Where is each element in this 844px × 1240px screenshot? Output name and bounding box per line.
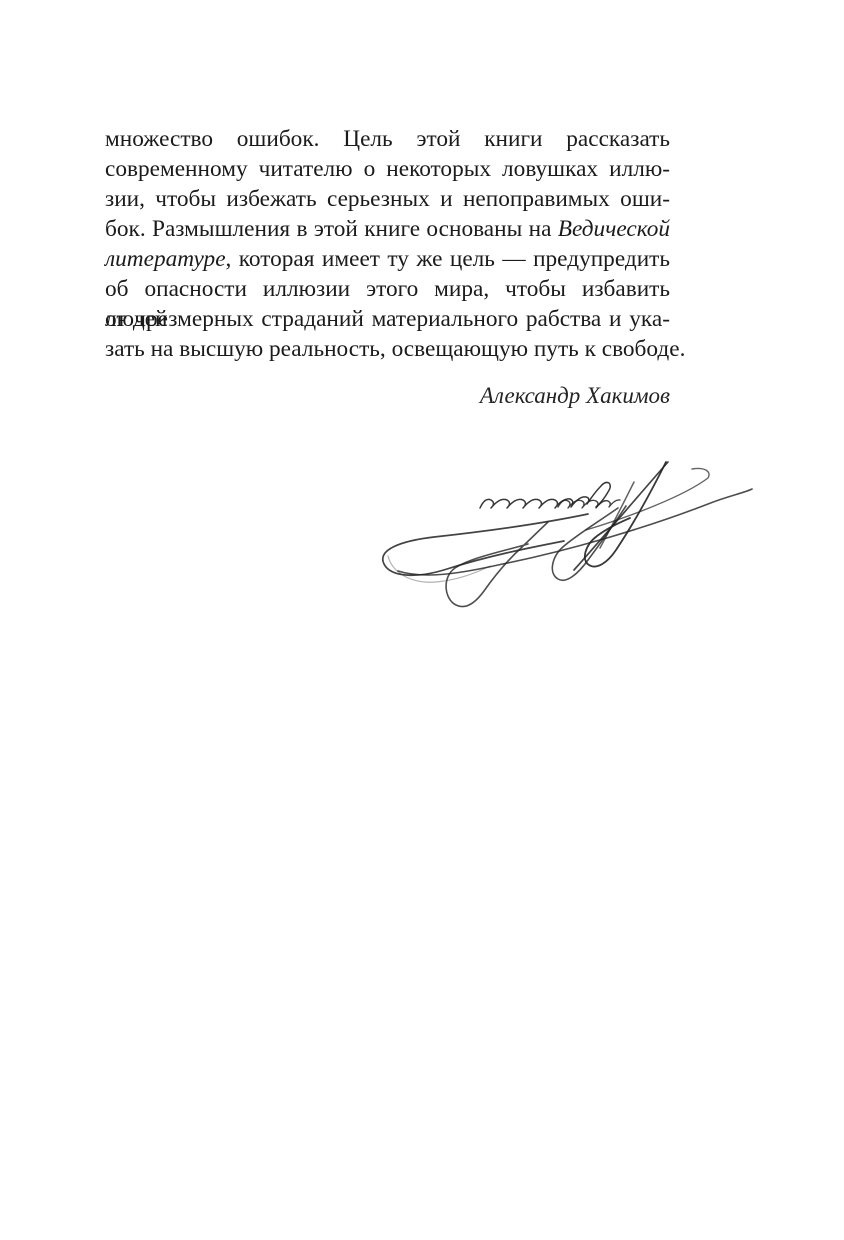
text-segment: множество ошибок. Цель этой книги расска…: [105, 126, 670, 152]
text-segment: зать на высшую реальность, освещающую пу…: [105, 336, 685, 362]
paragraph-line: зать на высшую реальность, освещающую пу…: [105, 334, 670, 364]
author-attribution: Александр Хакимов: [105, 381, 670, 411]
book-page: множество ошибок. Цель этой книги расска…: [0, 0, 844, 1240]
text-segment: бок. Размышления в этой книге основаны н…: [105, 216, 558, 242]
paragraph-line: бок. Размышления в этой книге основаны н…: [105, 214, 670, 244]
paragraph-line: современному читателю о некоторых ловушк…: [105, 154, 670, 184]
italic-text-segment: Ведической: [558, 216, 670, 242]
handwritten-signature-icon: [378, 452, 758, 617]
text-segment: от чрезмерных страданий материального ра…: [105, 306, 670, 332]
paragraph-line: литературе, которая имеет ту же цель — п…: [105, 244, 670, 274]
body-paragraph: множество ошибок. Цель этой книги расска…: [105, 124, 670, 364]
text-segment: современному читателю о некоторых ловушк…: [105, 156, 670, 182]
paragraph-line: зии, чтобы избежать серьезных и непоправ…: [105, 184, 670, 214]
text-segment: , которая имеет ту же цель — предупредит…: [226, 246, 670, 272]
paragraph-line: множество ошибок. Цель этой книги расска…: [105, 124, 670, 154]
italic-text-segment: литературе: [105, 246, 226, 272]
text-segment: зии, чтобы избежать серьезных и непоправ…: [105, 186, 670, 212]
paragraph-line: об опасности иллюзии этого мира, чтобы и…: [105, 274, 670, 304]
paragraph-line: от чрезмерных страданий материального ра…: [105, 304, 670, 334]
